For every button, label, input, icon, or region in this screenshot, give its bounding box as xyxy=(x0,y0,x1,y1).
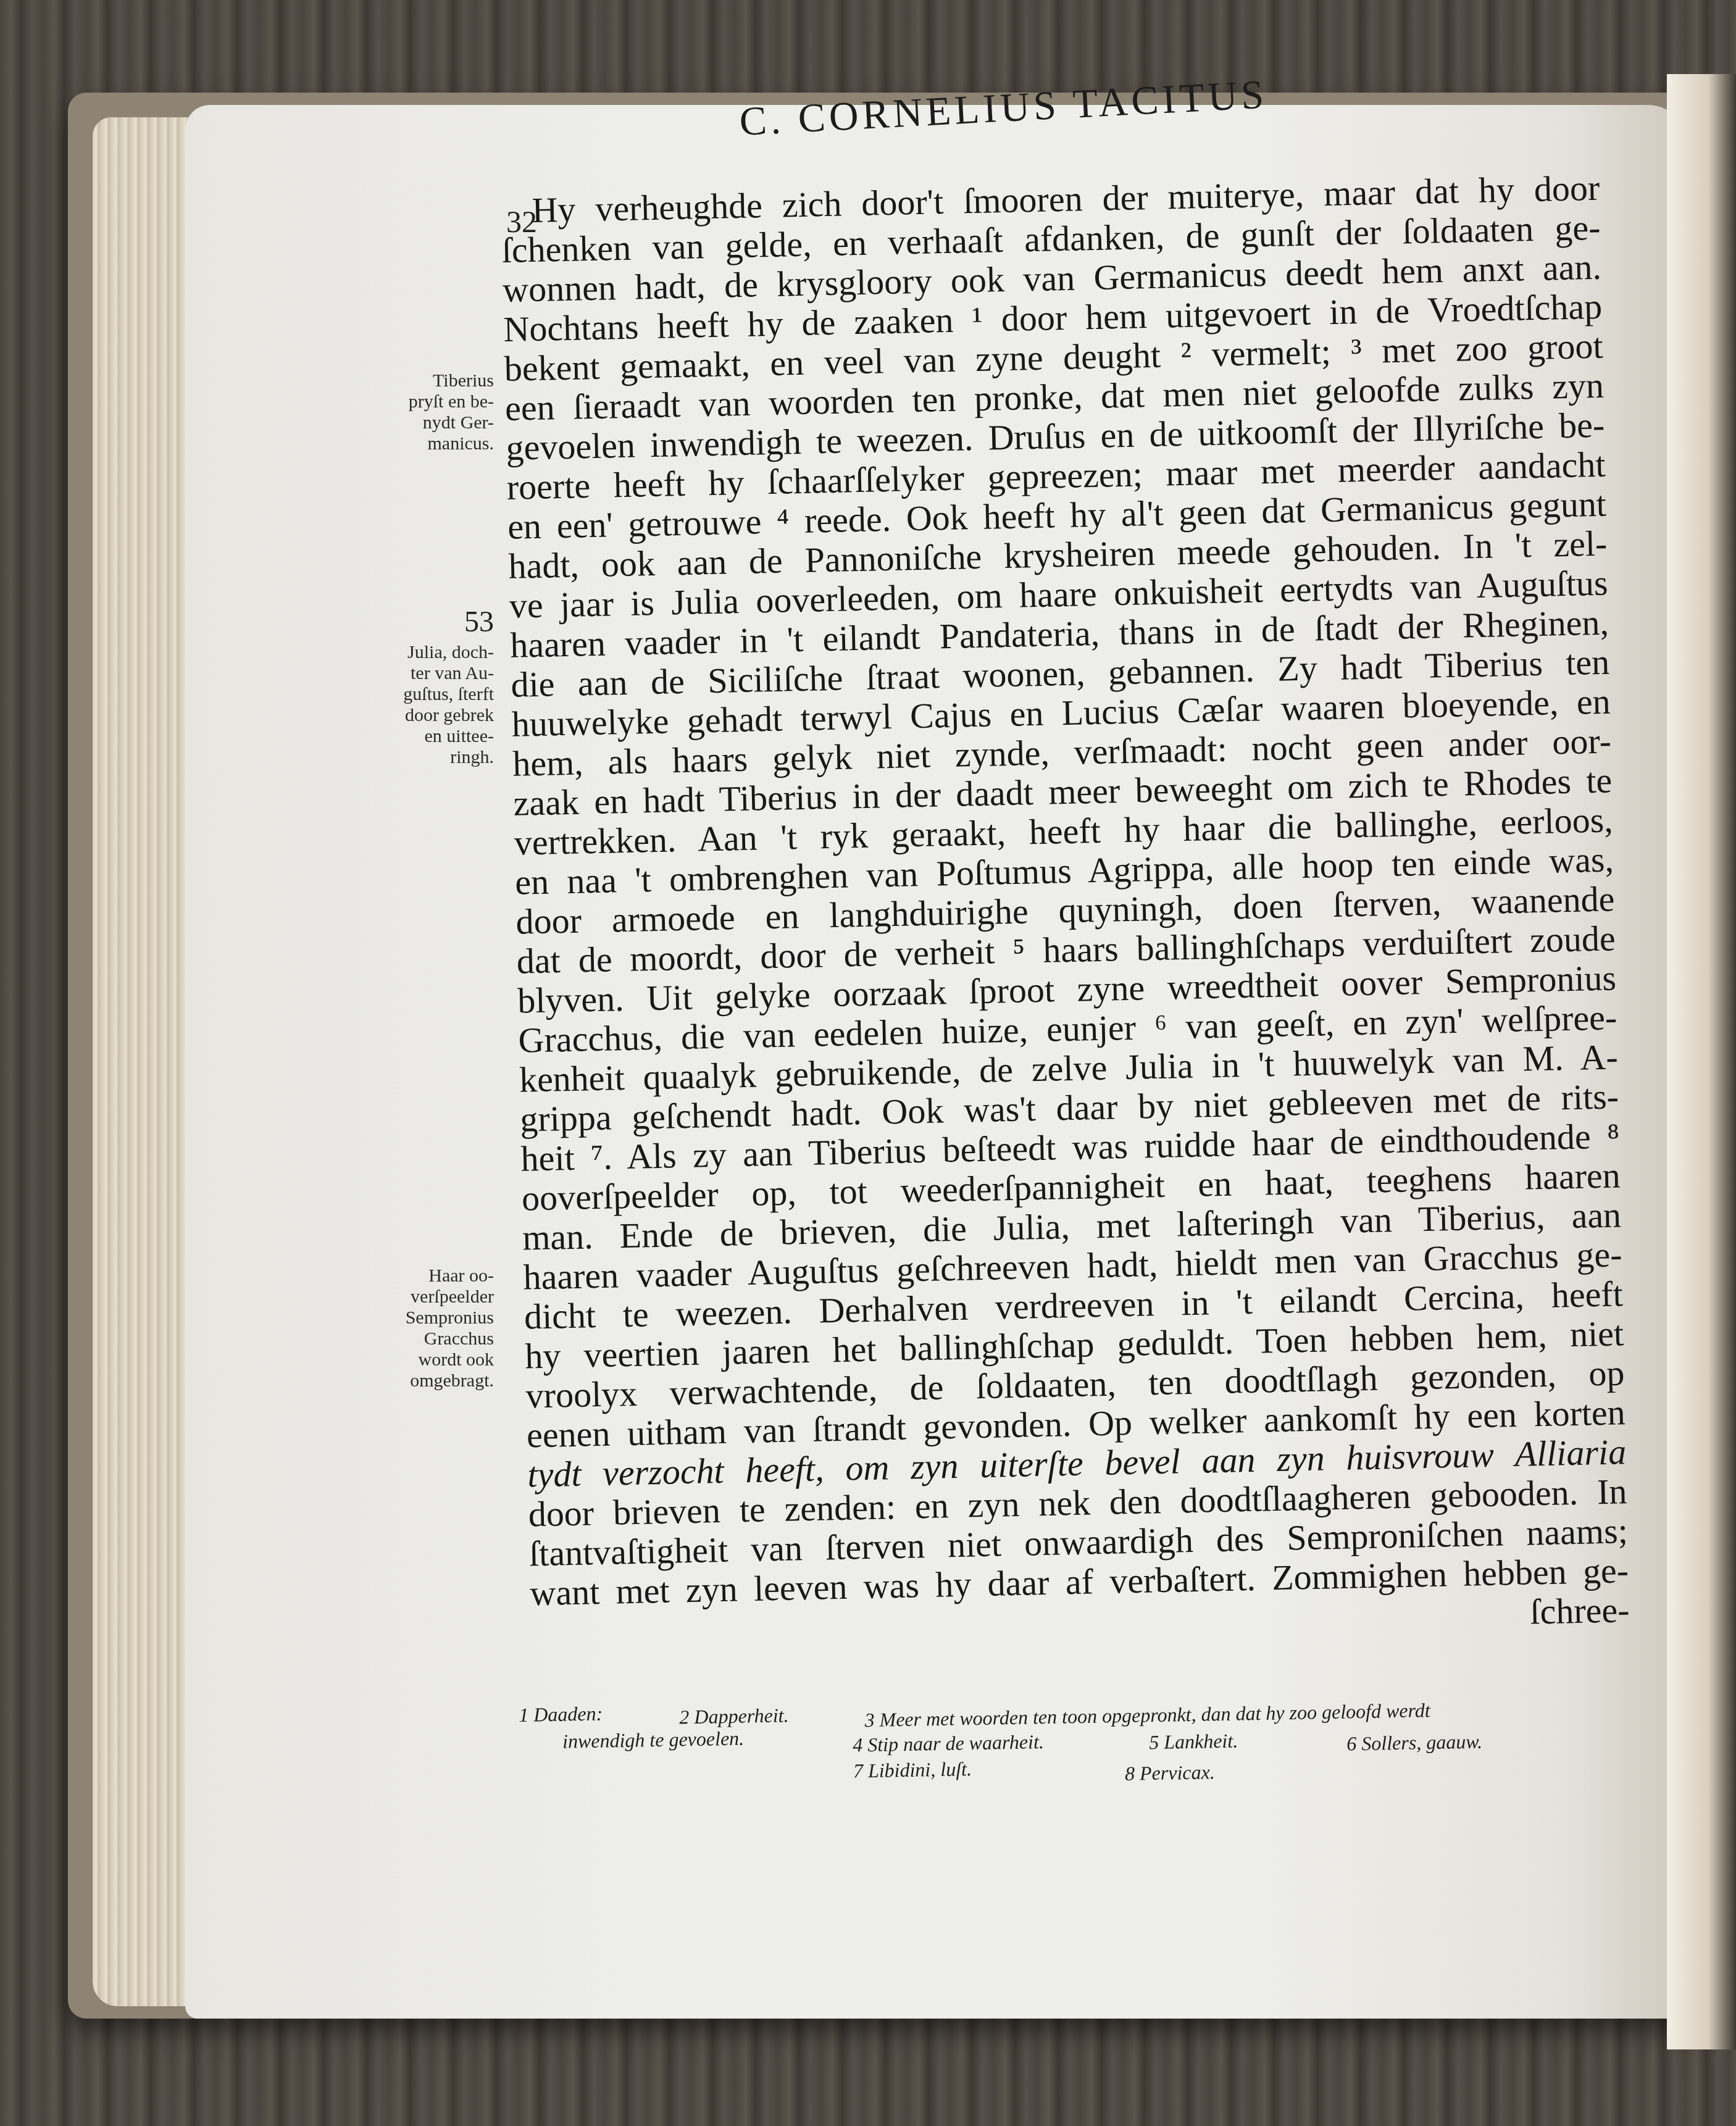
margin-note-line: verſpeelder xyxy=(370,1286,494,1307)
margin-note-line: ter van Au- xyxy=(383,663,494,684)
margin-note-line: door gebrek xyxy=(383,705,494,726)
footnote-7: 7 Libidini, luſt. xyxy=(853,1757,972,1782)
margin-note-line: Gracchus xyxy=(370,1328,494,1349)
margin-note-gracchus: Haar oo- verſpeelder Sempronius Gracchus… xyxy=(370,1265,494,1391)
margin-note-line: guſtus, ſterft xyxy=(383,684,494,705)
page-number: 32 xyxy=(506,204,537,240)
margin-note-tiberius: Tiberius pryſt en be- nydt Ger- manicus. xyxy=(383,370,494,454)
margin-note-line: ringh. xyxy=(383,747,494,768)
margin-note-line: wordt ook xyxy=(370,1349,494,1370)
margin-note-line: nydt Ger- xyxy=(383,412,494,433)
margin-note-line: pryſt en be- xyxy=(383,391,494,412)
footnote-5: 5 Lankheit. xyxy=(1149,1730,1238,1754)
footnote-1: 1 Daaden: xyxy=(519,1703,603,1727)
footnote-6: 6 Sollers, gaauw. xyxy=(1346,1730,1482,1756)
facing-page-edge xyxy=(1667,74,1736,2049)
footnote-2: 2 Dapperheit. xyxy=(679,1704,789,1728)
footnote-3-cont: inwendigh te gevoelen. xyxy=(562,1727,745,1753)
margin-note-line: Sempronius xyxy=(370,1307,494,1328)
margin-note-line: Haar oo- xyxy=(370,1265,494,1286)
margin-note-line: Tiberius xyxy=(383,370,494,391)
margin-note-line: manicus. xyxy=(383,433,494,454)
body-text: Hy verheughde zich door't ſmooren der mu… xyxy=(500,144,1630,1653)
margin-note-line: omgebragt. xyxy=(370,1370,494,1391)
margin-note-julia: Julia, doch- ter van Au- guſtus, ſterft … xyxy=(383,642,494,768)
margin-note-line: en uittee- xyxy=(383,726,494,747)
footnote-4: 4 Stip naar de waarheit. xyxy=(853,1730,1044,1756)
footnote-8: 8 Pervicax. xyxy=(1125,1761,1215,1785)
margin-note-line: Julia, doch- xyxy=(383,642,494,663)
chapter-number: 53 xyxy=(383,605,494,639)
